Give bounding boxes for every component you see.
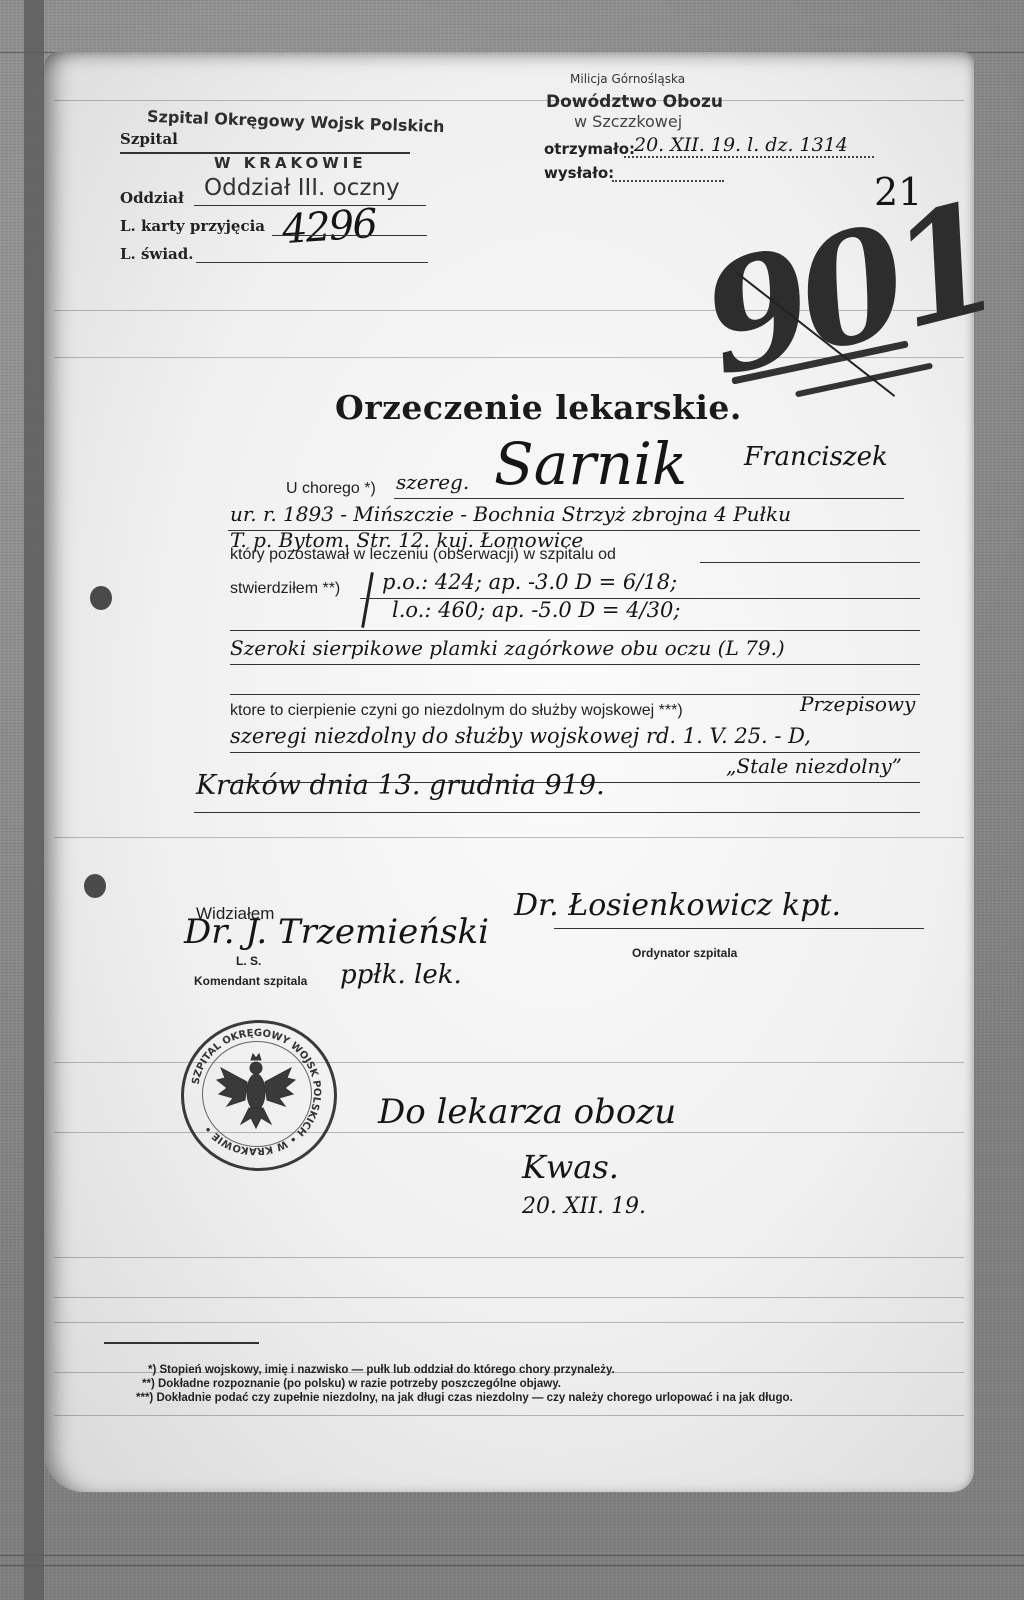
- chorego-rank: szereg.: [396, 470, 469, 494]
- komendant-label: Komendant szpitala: [194, 974, 307, 988]
- scan-line: [0, 1565, 1024, 1566]
- ruled-line: [54, 1257, 964, 1258]
- document-page: Szpital Szpital Okręgowy Wojsk Polskich …: [44, 52, 974, 1492]
- footnote-separator: [104, 1342, 259, 1344]
- diag3-underline: [230, 664, 920, 665]
- ruled-line: [54, 1415, 964, 1416]
- niezdolny-value2: szeregi niezdolny do służby wojskowej rd…: [230, 724, 811, 748]
- niezdolny-underline1: [230, 752, 920, 753]
- hospital-stamp-line1: Szpital Okręgowy Wojsk Polskich: [147, 107, 445, 136]
- brace-stroke: [361, 572, 374, 628]
- patient-details-line2: ur. r. 1893 - Mińszczie - Bochnia Strzyż…: [230, 502, 791, 526]
- patient-firstname: Franciszek: [744, 442, 888, 472]
- karta-value: 4296: [281, 201, 378, 253]
- punch-hole: [84, 874, 106, 898]
- ordynator-label: Ordynator szpitala: [632, 946, 737, 960]
- otrzymalo-value: 20. XII. 19. l. dz. 1314: [634, 134, 848, 156]
- wyslalo-dotted-line: [612, 180, 724, 182]
- ruled-line: [54, 1322, 964, 1323]
- hospital-stamp-line2: W KRAKOWIE: [214, 154, 367, 172]
- swiad-label: L. świad.: [120, 245, 193, 263]
- commander-rank: ppłk. lek.: [340, 960, 462, 990]
- leczenie-underline: [700, 562, 920, 563]
- ruled-line: [54, 837, 964, 838]
- niezdolny-value1: Przepisowy: [800, 692, 915, 716]
- footnote-1: *) Stopień wojskowy, imię i nazwisko — p…: [148, 1364, 615, 1376]
- page-title: Orzeczenie lekarskie.: [335, 388, 742, 427]
- annotation-date: 20. XII. 19.: [522, 1194, 646, 1219]
- punch-hole: [90, 586, 112, 610]
- oddzial-value: Oddział III. oczny: [204, 175, 400, 201]
- date-underline: [194, 812, 920, 813]
- footnote-3: ***) Dokładnie podać czy zupełnie niezdo…: [136, 1392, 793, 1404]
- polish-eagle-icon: SZPITAL OKRĘGOWY WOJSK POLSKICH • W KRAK…: [181, 1020, 331, 1165]
- hospital-seal: SZPITAL OKRĘGOWY WOJSK POLSKICH • W KRAK…: [181, 1020, 337, 1171]
- oddzial-label: Oddział: [120, 189, 184, 207]
- karta-label: L. karty przyjęcia: [120, 217, 265, 235]
- diagnosis-left-eye: l.o.: 460; ap. -5.0 D = 4/30;: [392, 598, 680, 622]
- commander-signature: Dr. J. Trzemieński: [184, 912, 489, 952]
- niezdolny-value3: „Stale niezdolny”: [726, 754, 902, 778]
- szpital-label: Szpital: [120, 130, 178, 148]
- diagnosis-right-eye: p.o.: 424; ap. -3.0 D = 6/18;: [382, 570, 677, 594]
- militia-stamp-line3: w Szczzkowej: [574, 112, 682, 131]
- ordynator-underline: [554, 928, 924, 929]
- ruled-line: [54, 100, 964, 101]
- niezdolny-label: ktore to cierpienie czyni go niezdolnym …: [230, 702, 683, 720]
- chorego-underline: [394, 498, 904, 499]
- ordynator-signature: Dr. Łosienkowicz kpt.: [514, 888, 841, 923]
- diag2-underline: [230, 630, 920, 631]
- footnote-2: **) Dokładne rozpoznanie (po polsku) w r…: [142, 1378, 561, 1390]
- annotation-signature: Kwas.: [522, 1148, 619, 1186]
- diagnosis-description: Szeroki sierpikowe plamki zagórkowe obu …: [230, 636, 785, 660]
- ruled-line: [54, 1297, 964, 1298]
- otrzymalo-dotted-line: [624, 156, 874, 158]
- militia-stamp-line1: Milicja Górnośląska: [570, 72, 685, 86]
- leczenie-label: który pozostawał w leczeniu (obserwacji)…: [230, 546, 616, 564]
- big-case-number: 901: [687, 170, 1010, 411]
- ls-label: L. S.: [236, 954, 261, 968]
- wyslalo-label: wysłało:: [544, 164, 614, 182]
- chorego-label: U chorego *): [286, 480, 376, 498]
- stwierdzilem-label: stwierdziłem **): [230, 580, 340, 598]
- swiad-underline: [196, 262, 428, 263]
- scan-line: [0, 1555, 1024, 1556]
- place-and-date: Kraków dnia 13. grudnia 919.: [196, 770, 605, 801]
- binding-shadow: [24, 0, 44, 1600]
- otrzymalo-label: otrzymało:: [544, 140, 635, 158]
- militia-stamp-line2: Dowództwo Obozu: [546, 92, 723, 112]
- patient-surname: Sarnik: [494, 430, 687, 498]
- annotation-line1: Do lekarza obozu: [378, 1092, 676, 1132]
- karta-underline: [272, 235, 427, 236]
